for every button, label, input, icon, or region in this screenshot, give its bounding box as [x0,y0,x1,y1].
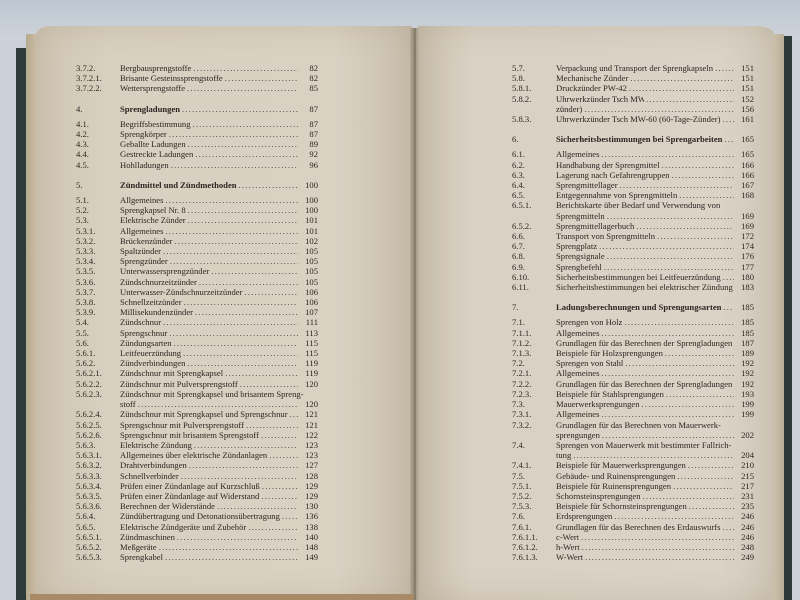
toc-entry[interactable]: 7.6.1.1.c-Wert246 [512,532,754,542]
section-number: 6.7. [512,241,556,251]
section-number: 5.6.2.3. [76,389,120,399]
section-gap [76,170,318,180]
leader-dots [183,348,298,358]
toc-entry[interactable]: 7.5.2.Schornsteinsprengungen231 [512,491,754,501]
section-title: Mechanische Zünder [556,73,628,83]
page-number: 152 [736,94,754,104]
toc-entry[interactable]: 4.3.Geballte Ladungen89 [76,139,318,149]
section-title: Elektrische Zündgeräte und Zubehör [120,522,246,532]
section-number: 5.1. [76,195,120,205]
section-title: Handhabung der Sprengmittel [556,160,660,170]
toc-entry[interactable]: 5.3.1.Allgemeines101 [76,226,318,236]
toc-entry[interactable]: 7.6.1.2.h-Wert248 [512,542,754,552]
page-number: 115 [300,348,318,358]
page-number: 102 [300,236,318,246]
toc-entry[interactable]: 6.1.Allgemeines165 [512,149,754,159]
section-title: Lagerung nach Gefahrengruppen [556,170,670,180]
leader-dots [184,297,298,307]
section-number: 7.1.1. [512,328,556,338]
leader-dots [290,409,298,419]
book-bottom-edge [30,594,414,600]
toc-entry[interactable]: 3.7.2.1.Brisante Gesteinssprengstoffe82 [76,73,318,83]
page-number: 130 [300,501,318,511]
page-number: 120 [300,399,318,409]
leader-dots [601,149,734,159]
toc-entry[interactable]: 5.6.5.Elektrische Zündgeräte und Zubehör… [76,522,318,532]
leader-dots [582,542,734,552]
section-number: 5.4. [76,317,120,327]
section-title: Hohlladungen [120,160,169,170]
page-number: 136 [300,511,318,521]
page-number: 129 [300,481,318,491]
page-number: 169 [736,211,754,221]
leader-dots [679,190,734,200]
toc-entry-continuation[interactable]: zünder)156 [512,104,754,114]
section-number: 5.6.3.3. [76,471,120,481]
section-number: 6.5. [512,190,556,200]
toc-entry[interactable]: 7.1.2.Grundlagen für das Berechnen der S… [512,338,754,348]
page-number: 96 [300,160,318,170]
page-number: 105 [300,277,318,287]
leader-dots [607,251,734,261]
section-number: 6.4. [512,180,556,190]
section-number: 5.3. [76,215,120,225]
section-number: 5.6.3.6. [76,501,120,511]
leader-dots [601,368,734,378]
toc-entry-continuation[interactable]: Sprengmitteln169 [512,211,754,221]
section-number: 5.3.5. [76,266,120,276]
page-number: 82 [300,73,318,83]
section-title: Schornsteinsprengungen [556,491,641,501]
leader-dots [171,160,298,170]
toc-entry[interactable]: 5.6.Zündungsarten115 [76,338,318,348]
section-number: 5. [76,180,120,190]
section-number: 7.1. [512,317,556,327]
leader-dots [642,399,734,409]
section-title: Sprengen von Holz [556,317,622,327]
toc-entry-continuation[interactable]: stoff120 [76,399,318,409]
page-number: 151 [736,73,754,83]
section-title: Sprengkabel [120,552,163,562]
page-number: 121 [300,420,318,430]
leader-dots [225,368,298,378]
toc-entry[interactable]: 7.3.2.Grundlagen für das Berechnen von M… [512,420,754,430]
section-number: 5.3.4. [76,256,120,266]
leader-dots [193,119,299,129]
section-title: Wettersprengstoffe [120,83,185,93]
section-number: 7.5. [512,471,556,481]
section-number: 5.6.5. [76,522,120,532]
page-number: 107 [300,307,318,317]
section-number: 5.6.5.3. [76,552,120,562]
page-number: 172 [736,231,754,241]
page-number: 246 [736,511,754,521]
section-number: 7.3.1. [512,409,556,419]
toc-entry[interactable]: 6.5.Entgegennahme von Sprengmitteln168 [512,190,754,200]
toc-entry[interactable]: 6.7.Sprengplatz174 [512,241,754,251]
page-number: 106 [300,287,318,297]
toc-entry[interactable]: 7.1.1.Allgemeines185 [512,328,754,338]
section-title: Grundlagen für das Berechnen des Erdausw… [556,522,720,532]
toc-entry[interactable]: 7.5.1.Beispiele für Ruinensprengungen217 [512,481,754,491]
section-number: 5.3.8. [76,297,120,307]
page-number: 120 [300,379,318,389]
section-title: Zündmittel und Zündmethoden [120,180,237,190]
section-title: Transport von Sprengmitteln [556,231,655,241]
toc-entry[interactable]: 6.5.1.Berichtskarte über Bedarf und Verw… [512,200,754,210]
section-title: Berichtskarte über Bedarf und Verwendung… [556,200,720,210]
page-number: 165 [736,149,754,159]
toc-entry[interactable]: 5.6.5.1.Zündmaschinen140 [76,532,318,542]
toc-entry[interactable]: 3.7.2.2.Wettersprengstoffe85 [76,83,318,93]
section-title: Grundlagen für das Berechnen der Sprengl… [556,338,732,348]
toc-chapter-heading[interactable]: 6.Sicherheitsbestimmungen bei Sprengarbe… [512,134,754,144]
section-title: Prüfen einer Zündanlage auf Kurzschluß [120,481,260,491]
toc-entry[interactable]: 5.6.3.1.Allgemeines über elektrische Zün… [76,450,318,460]
page-number: 180 [736,272,754,282]
page-number: 82 [300,63,318,73]
toc-entry[interactable]: 5.2.Sprengkapsel Nr. 8100 [76,205,318,215]
page-number: 199 [736,409,754,419]
section-title: Berechnen der Widerstände [120,501,215,511]
page-number: 185 [736,317,754,327]
leader-dots [175,236,299,246]
toc-entry[interactable]: 6.3.Lagerung nach Gefahrengruppen166 [512,170,754,180]
section-title: Unterwasser-Zündschnurzeitzünder [120,287,242,297]
section-number: 5.6.3. [76,440,120,450]
section-title: Sicherheitsbestimmungen bei Leitfeuerzün… [556,272,721,282]
section-number: 5.6.5.1. [76,532,120,542]
section-title: Sprengbefehl [556,262,602,272]
section-title: Spaltzünder [120,246,161,256]
toc-entry[interactable]: 5.6.2.5.Sprengschnur mit Pulversprengsto… [76,420,318,430]
toc-entry[interactable]: 5.6.2.3.Zündschnur mit Sprengkapsel und … [76,389,318,399]
leader-dots [614,511,734,521]
leader-dots [625,358,734,368]
leader-dots [666,389,734,399]
page-number: 151 [736,83,754,93]
toc-entry[interactable]: 5.3.4.Sprengzünder105 [76,256,318,266]
section-number: 5.2. [76,205,120,215]
toc-entry[interactable]: 5.3.5.Unterwassersprengzünder105 [76,266,318,276]
section-number: 4.4. [76,149,120,159]
leader-dots [723,272,734,282]
toc-entry[interactable]: 5.6.2.6.Sprengschnur mit brisantem Spren… [76,430,318,440]
section-number: 5.6.1. [76,348,120,358]
toc-entry[interactable]: 4.5.Hohlladungen96 [76,160,318,170]
toc-entry[interactable]: 7.5.Gebäude- und Ruinensprengungen215 [512,471,754,481]
section-number: 4. [76,104,120,114]
section-title: Allgemeines [556,328,599,338]
section-number: 6.1. [512,149,556,159]
section-number: 5.6.3.4. [76,481,120,491]
leader-dots [195,307,298,317]
toc-entry[interactable]: 6.2.Handhabung der Sprengmittel166 [512,160,754,170]
section-title: Sprengschnur mit Pulversprengstoff [120,420,244,430]
toc-chapter-heading[interactable]: 5.Zündmittel und Zündmethoden100 [76,180,318,190]
leader-dots [722,522,734,532]
page-number: 183 [736,282,754,292]
leader-dots [601,328,734,338]
toc-entry[interactable]: 7.2.2.Grundlagen für das Berechnen der S… [512,379,754,389]
toc-entry[interactable]: 5.6.3.5.Prüfen einer Zündanlage auf Wide… [76,491,318,501]
leader-dots [189,460,298,470]
page-number: 89 [300,139,318,149]
toc-entry[interactable]: 6.10.Sicherheitsbestimmungen bei Leitfeu… [512,272,754,282]
page-number: 169 [736,221,754,231]
page-number: 161 [736,114,754,124]
section-number: 5.6.3.2. [76,460,120,470]
section-gap [512,124,754,134]
section-title: Sprengladungen [120,104,180,114]
section-number: 4.1. [76,119,120,129]
page-number: 105 [300,256,318,266]
section-title: Allgemeines [556,149,599,159]
page-number: 123 [300,440,318,450]
page-number: 193 [736,389,754,399]
toc-entry[interactable]: 5.7.Verpackung und Transport der Sprengk… [512,63,754,73]
section-title: Elektrische Zünder [120,215,186,225]
section-number: 7.2.3. [512,389,556,399]
leader-dots [159,542,298,552]
page-number: 210 [736,460,754,470]
toc-entry[interactable]: 5.3.9.Millisekundenzünder107 [76,307,318,317]
page-number: 105 [300,246,318,256]
toc-entry[interactable]: 5.6.3.4.Prüfen einer Zündanlage auf Kurz… [76,481,318,491]
toc-entry[interactable]: 5.4.Zündschnur111 [76,317,318,327]
toc-entry-continuation[interactable]: sprengungen202 [512,430,754,440]
toc-entry[interactable]: 5.6.2.1.Zündschnur mit Sprengkapsel119 [76,368,318,378]
toc-entry[interactable]: 5.6.2.Zündverbindungen119 [76,358,318,368]
toc-entry[interactable]: 5.6.3.2.Drahtverbindungen127 [76,460,318,470]
toc-entry[interactable]: 5.6.4.Zündübertragung und Detonationsübe… [76,511,318,521]
toc-entry[interactable]: 7.2.Sprengen von Stahl192 [512,358,754,368]
leader-dots [248,522,298,532]
toc-entry[interactable]: 6.6.Transport von Sprengmitteln172 [512,231,754,241]
toc-entry[interactable]: 7.6.1.Grundlagen für das Berechnen des E… [512,522,754,532]
toc-entry[interactable]: 5.6.1.Leitfeuerzündung115 [76,348,318,358]
section-title: Brückenzünder [120,236,173,246]
section-number: 7.2.1. [512,368,556,378]
toc-entry[interactable]: 7.1.3.Beispiele für Holzsprengungen189 [512,348,754,358]
page-number: 100 [300,195,318,205]
leader-dots [169,328,298,338]
page-number: 246 [736,532,754,542]
toc-entry[interactable]: 7.4.Sprengen von Mauerwerk mit bestimmte… [512,440,754,450]
leader-dots [624,317,734,327]
leader-dots [636,221,734,231]
toc-entry[interactable]: 5.6.5.2.Meßgeräte148 [76,542,318,552]
leader-dots [724,134,734,144]
toc-entry[interactable]: 7.6.Erdsprengungen246 [512,511,754,521]
page-number: 87 [300,119,318,129]
section-number: 5.6. [76,338,120,348]
leader-dots [174,338,298,348]
toc-entry[interactable]: 7.2.1.Allgemeines192 [512,368,754,378]
toc-entry[interactable]: 6.8.Sprengsignale176 [512,251,754,261]
section-title: Sprengkapsel Nr. 8 [120,205,186,215]
toc-entry[interactable]: 7.6.1.3.W-Wert249 [512,552,754,562]
table-of-contents-right: 5.7.Verpackung und Transport der Sprengk… [512,63,754,562]
page-number: 85 [300,83,318,93]
section-number: 3.7.2.2. [76,83,120,93]
section-title: Sicherheitsbestimmungen bei elektrischer… [556,282,733,292]
toc-entry[interactable]: 5.3.Elektrische Zünder101 [76,215,318,225]
toc-entry[interactable]: 5.6.3.Elektrische Zündung123 [76,440,318,450]
toc-entry-continuation[interactable]: tung204 [512,450,754,460]
toc-entry[interactable]: 5.3.2.Brückenzünder102 [76,236,318,246]
toc-entry[interactable]: 7.1.Sprengen von Holz185 [512,317,754,327]
section-number: 4.2. [76,129,120,139]
leader-dots [665,348,734,358]
leader-dots [244,287,298,297]
section-number: 5.6.2. [76,358,120,368]
section-title: Mauerwerksprengungen [556,399,640,409]
toc-entry[interactable]: 6.4.Sprengmittellager167 [512,180,754,190]
leader-dots [199,277,298,287]
toc-entry[interactable]: 6.11.Sicherheitsbestimmungen bei elektri… [512,282,754,292]
section-number: 5.3.7. [76,287,120,297]
leader-dots [723,302,734,312]
toc-entry[interactable]: 5.8.3.Uhrwerkzünder Tsch MW-60 (60-Tage-… [512,114,754,124]
page-number: 127 [300,460,318,470]
leader-dots [217,501,298,511]
toc-entry[interactable]: 4.2.Sprengkörper87 [76,129,318,139]
section-number: 7.5.2. [512,491,556,501]
section-number: 5.6.2.4. [76,409,120,419]
toc-entry[interactable]: 4.1.Begriffsbestimmung87 [76,119,318,129]
toc-entry[interactable]: 7.5.3.Beispiele für Schornsteinsprengung… [512,501,754,511]
toc-entry[interactable]: 5.3.6.Zündschnurzeitzünder105 [76,277,318,287]
toc-entry[interactable]: 3.7.2.Bergbausprengstoffe82 [76,63,318,73]
leader-dots [601,409,734,419]
page-number: 204 [736,450,754,460]
toc-entry[interactable]: 6.9.Sprengbefehl177 [512,262,754,272]
page-number: 87 [300,104,318,114]
leader-dots [599,241,734,251]
toc-entry[interactable]: 7.3.1.Allgemeines199 [512,409,754,419]
page-number: 148 [300,542,318,552]
section-title: Grundlagen für das Berechnen der Sprengl… [556,379,732,389]
leader-dots [282,511,298,521]
section-title: Uhrwerkzünder Tsch MW-16 (Stunden- und T… [556,94,644,104]
page-number: 100 [300,180,318,190]
leader-dots [261,430,298,440]
toc-entry[interactable]: 4.4.Gestreckte Ladungen92 [76,149,318,159]
section-number: 5.3.9. [76,307,120,317]
toc-entry[interactable]: 5.3.3.Spaltzünder105 [76,246,318,256]
toc-entry[interactable]: 5.6.3.6.Berechnen der Widerstände130 [76,501,318,511]
leader-dots [662,160,734,170]
section-title: Druckzünder PW-42 [556,83,627,93]
toc-entry[interactable]: 5.6.5.3.Sprengkabel149 [76,552,318,562]
section-number: 5.8.2. [512,94,556,104]
toc-entry[interactable]: 7.2.3.Beispiele für Stahlsprengungen193 [512,389,754,399]
section-number: 7.6.1.2. [512,542,556,552]
leader-dots [584,104,734,114]
page-number: 149 [300,552,318,562]
page-number: 177 [736,262,754,272]
page-number: 140 [300,532,318,542]
section-number: 6. [512,134,556,144]
page-number: 192 [736,379,754,389]
section-title: Allgemeines [556,368,599,378]
toc-entry[interactable]: 5.6.2.4.Zündschnur mit Sprengkapsel und … [76,409,318,419]
toc-chapter-heading[interactable]: 4.Sprengladungen87 [76,104,318,114]
toc-entry[interactable]: 5.6.2.2.Zündschnur mit Pulversprengstoff… [76,379,318,389]
leader-dots [165,552,298,562]
section-number: 5.8.3. [512,114,556,124]
section-title: Zündschnur mit Pulversprengstoff [120,379,238,389]
toc-entry[interactable]: 7.3.Mauerwerksprengungen199 [512,399,754,409]
toc-entry[interactable]: 7.4.1.Beispiele für Mauerwerksprengungen… [512,460,754,470]
page-number: 92 [300,149,318,159]
leader-dots [673,481,734,491]
toc-entry[interactable]: 5.6.3.3.Schnellverbinder128 [76,471,318,481]
section-number: 7.6.1.1. [512,532,556,542]
book-spine-gutter [410,28,420,600]
page-number: 167 [736,180,754,190]
section-number: 5.8. [512,73,556,83]
toc-entry[interactable]: 5.5.Sprengschnur113 [76,328,318,338]
toc-entry[interactable]: 5.8.2.Uhrwerkzünder Tsch MW-16 (Stunden-… [512,94,754,104]
section-title: Zündübertragung und Detonationsübertragu… [120,511,280,521]
section-number: 7.1.3. [512,348,556,358]
leader-dots [239,180,298,190]
page-number: 129 [300,491,318,501]
toc-entry[interactable]: 5.3.7.Unterwasser-Zündschnurzeitzünder10… [76,287,318,297]
section-title: Beispiele für Mauerwerksprengungen [556,460,686,470]
toc-entry[interactable]: 6.5.2.Sprengmittellagerbuch169 [512,221,754,231]
section-title: Elektrische Zündung [120,440,192,450]
section-title: Geballte Ladungen [120,139,186,149]
page-number: 122 [300,430,318,440]
section-number: 5.3.6. [76,277,120,287]
section-title: Gestreckte Ladungen [120,149,193,159]
leader-dots [585,552,734,562]
section-number: 7.6.1. [512,522,556,532]
page-number: 166 [736,160,754,170]
leader-dots [261,491,298,501]
section-number: 7.5.3. [512,501,556,511]
section-title: Sprengen von Stahl [556,358,623,368]
section-title: Ladungsberechnungen und Sprengungsarten [556,302,721,312]
page-number: 235 [736,501,754,511]
leader-dots [188,215,298,225]
page-number: 165 [736,134,754,144]
leader-dots [607,211,734,221]
section-number: 7.2.2. [512,379,556,389]
leader-dots [620,180,734,190]
leader-dots [194,440,298,450]
page-number: 106 [300,297,318,307]
leader-dots [165,226,298,236]
toc-chapter-heading[interactable]: 7.Ladungsberechnungen und Sprengungsarte… [512,302,754,312]
section-number: 5.6.5.2. [76,542,120,552]
section-title: Bergbausprengstoffe [120,63,191,73]
section-number: 5.3.3. [76,246,120,256]
page-number: 128 [300,471,318,481]
leader-dots [573,450,734,460]
toc-entry[interactable]: 5.8.1.Druckzünder PW-42151 [512,83,754,93]
section-number: 7. [512,302,556,312]
section-title-continuation: tung [556,450,571,460]
toc-entry[interactable]: 5.3.8.Schnellzeitzünder106 [76,297,318,307]
section-number: 7.5.1. [512,481,556,491]
toc-entry[interactable]: 5.1.Allgemeines100 [76,195,318,205]
toc-entry[interactable]: 5.8.Mechanische Zünder151 [512,73,754,83]
section-number: 7.3. [512,399,556,409]
